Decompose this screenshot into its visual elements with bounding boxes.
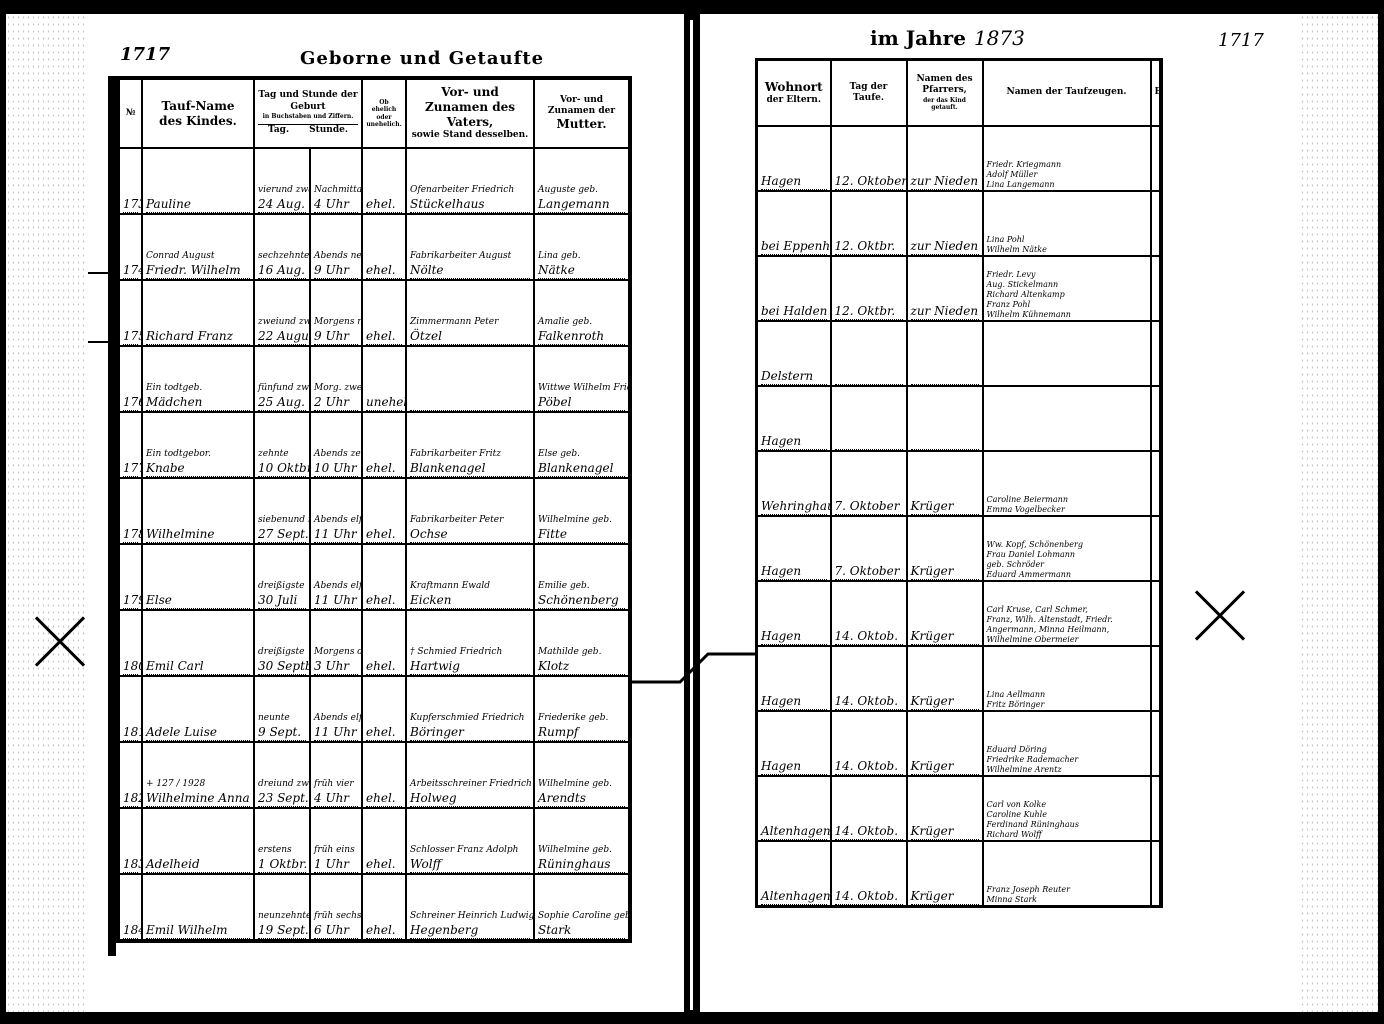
sponsor-names: Carl Kruse, Carl Schmer,Franz, Wilh. Alt… xyxy=(983,581,1151,646)
table-row: Wehringhausen7. OktoberKrügerCaroline Be… xyxy=(757,451,1161,516)
table-row: Altenhagen14. Oktob.KrügerFranz Joseph R… xyxy=(757,841,1161,907)
remarks xyxy=(1151,321,1161,386)
table-row: 174Conrad AugustFriedr. Wilhelmsechzehnt… xyxy=(118,214,630,280)
parents-residence: Hagen xyxy=(757,711,831,776)
birth-day: dreißigste30 Juli xyxy=(254,544,310,610)
sponsor-names: Franz Joseph ReuterMinna Stark xyxy=(983,841,1151,907)
entry-number: 179 xyxy=(118,544,142,610)
cross-mark-left-margin xyxy=(32,614,88,670)
col-header-birth-date: Tag und Stunde der Geburt in Buchstaben … xyxy=(254,78,362,148)
sponsor: Minna Stark xyxy=(987,895,1147,905)
remarks xyxy=(1151,841,1161,907)
baptism-date: 14. Oktob. xyxy=(831,711,907,776)
sponsor: Fritz Böringer xyxy=(987,700,1147,710)
table-row: 175Richard Franzzweiund zwanzigste22 Aug… xyxy=(118,280,630,346)
legitimacy: ehel. xyxy=(362,742,406,808)
sponsor: geb. Schröder xyxy=(987,560,1147,570)
child-name: Emil Carl xyxy=(142,610,254,676)
baptism-date xyxy=(831,386,907,451)
pastor-name: zur Nieden xyxy=(907,126,983,191)
table-row: bei Eppenhausen12. Oktbr.zur NiedenLina … xyxy=(757,191,1161,256)
birth-hour: früh vier4 Uhr xyxy=(310,742,362,808)
baptism-register-table: Wohnortder Eltern. Tag der Taufe. Namen … xyxy=(755,58,1163,908)
father-name: Zimmermann PeterÖtzel xyxy=(406,280,534,346)
sponsor: Friedrike Rademacher xyxy=(987,755,1147,765)
sponsor-names: Lina PohlWilhelm Nätke xyxy=(983,191,1151,256)
legitimacy: ehel. xyxy=(362,808,406,874)
table-row: Hagen14. Oktob.KrügerCarl Kruse, Carl Sc… xyxy=(757,581,1161,646)
table-row: 179Elsedreißigste30 JuliAbends elf11 Uhr… xyxy=(118,544,630,610)
parents-residence: bei Eppenhausen xyxy=(757,191,831,256)
right-page-number: 1717 xyxy=(1218,30,1264,51)
table-row: 180Emil Carldreißigste30 Septbr.Morgens … xyxy=(118,610,630,676)
entry-number: 177 xyxy=(118,412,142,478)
sponsor: Aug. Stickelmann xyxy=(987,280,1147,290)
sponsor: Franz, Wilh. Altenstadt, Friedr. xyxy=(987,615,1147,625)
remarks xyxy=(1151,711,1161,776)
father-name: Kraftmann EwaldEicken xyxy=(406,544,534,610)
table-row: 178Wilhelminesiebenund zwanzigste27 Sept… xyxy=(118,478,630,544)
col-header-number: № xyxy=(118,78,142,148)
mother-name: Wilhelmine geb.Arendts xyxy=(534,742,630,808)
legitimacy: ehel. xyxy=(362,412,406,478)
birth-day: vierund zwanzigste24 Aug. xyxy=(254,148,310,214)
sponsor-names: Caroline BeiermannEmma Vogelbecker xyxy=(983,451,1151,516)
remarks xyxy=(1151,516,1161,581)
table-row: 182+ 127 / 1928Wilhelmine Annadreiund zw… xyxy=(118,742,630,808)
row-marker-174 xyxy=(88,272,114,274)
remarks xyxy=(1151,256,1161,321)
baptism-date: 12. Oktober xyxy=(831,126,907,191)
remarks xyxy=(1151,646,1161,711)
sponsor: Carl von Kolke xyxy=(987,800,1147,810)
legitimacy: unehel. xyxy=(362,346,406,412)
entry-number: 184 xyxy=(118,874,142,941)
sponsor: Wilhelm Nätke xyxy=(987,245,1147,255)
table-row: Hagen14. Oktob.KrügerLina AellmannFritz … xyxy=(757,646,1161,711)
child-name: Conrad AugustFriedr. Wilhelm xyxy=(142,214,254,280)
col-header-legitimacy: Ob ehelich oder unehelich. xyxy=(362,78,406,148)
sponsor: Friedr. Levy xyxy=(987,270,1147,280)
remarks xyxy=(1151,451,1161,516)
gutter-edge xyxy=(690,20,693,1010)
legitimacy: ehel. xyxy=(362,676,406,742)
sponsor-names: Lina AellmannFritz Böringer xyxy=(983,646,1151,711)
parents-residence: Hagen xyxy=(757,386,831,451)
birth-day: erstens1 Oktbr. xyxy=(254,808,310,874)
mother-name: Auguste geb.Langemann xyxy=(534,148,630,214)
mother-name: Amalie geb.Falkenroth xyxy=(534,280,630,346)
table-row: 181Adele Luiseneunte9 Sept.Abends elf11 … xyxy=(118,676,630,742)
sponsor: Adolf Müller xyxy=(987,170,1147,180)
child-name: Adelheid xyxy=(142,808,254,874)
birth-hour: Morg. zwei2 Uhr xyxy=(310,346,362,412)
sponsor: Eduard Ammermann xyxy=(987,570,1147,580)
sponsor-names: Carl von KolkeCaroline KuhleFerdinand Rü… xyxy=(983,776,1151,841)
pastor-name: Krüger xyxy=(907,581,983,646)
mother-name: Mathilde geb.Klotz xyxy=(534,610,630,676)
baptism-date xyxy=(831,321,907,386)
birth-day: sechzehnte16 Aug. xyxy=(254,214,310,280)
father-name: Schreiner Heinrich LudwigHegenberg xyxy=(406,874,534,941)
table-row: Hagen xyxy=(757,386,1161,451)
father-name: Schlosser Franz AdolphWolff xyxy=(406,808,534,874)
father-name: Fabrikarbeiter FritzBlankenagel xyxy=(406,412,534,478)
sponsor: Ferdinand Rüninghaus xyxy=(987,820,1147,830)
left-page-binding-edge xyxy=(108,76,116,956)
sponsor-names: Friedr. LevyAug. StickelmannRichard Alte… xyxy=(983,256,1151,321)
birth-register-table: № Tauf-Namedes Kindes. Tag und Stunde de… xyxy=(116,76,632,943)
cross-mark-remarks xyxy=(1192,588,1238,634)
sponsor: Wilhelmine Obermeier xyxy=(987,635,1147,645)
pastor-name xyxy=(907,386,983,451)
col-header-baptism-date: Tag der Taufe. xyxy=(831,60,907,126)
sponsor-names: Friedr. KriegmannAdolf MüllerLina Langem… xyxy=(983,126,1151,191)
remarks xyxy=(1151,581,1161,646)
sponsor: Emma Vogelbecker xyxy=(987,505,1147,515)
birth-day: dreißigste30 Septbr. xyxy=(254,610,310,676)
remarks xyxy=(1151,386,1161,451)
mother-name: Lina geb.Nätke xyxy=(534,214,630,280)
sponsor: Ww. Kopf, Schönenberg xyxy=(987,540,1147,550)
legitimacy: ehel. xyxy=(362,874,406,941)
birth-day: dreiund zwanzigste23 Sept. xyxy=(254,742,310,808)
sponsor: Friedr. Kriegmann xyxy=(987,160,1147,170)
parents-residence: Altenhagen xyxy=(757,776,831,841)
birth-day: zweiund zwanzigste22 August xyxy=(254,280,310,346)
birth-hour: Morgens neun9 Uhr xyxy=(310,280,362,346)
table-row: 173Paulinevierund zwanzigste24 Aug.Nachm… xyxy=(118,148,630,214)
pastor-name: Krüger xyxy=(907,451,983,516)
pastor-name: Krüger xyxy=(907,646,983,711)
table-row: Altenhagen14. Oktob.KrügerCarl von Kolke… xyxy=(757,776,1161,841)
parents-residence: Hagen xyxy=(757,581,831,646)
parents-residence: bei Halden xyxy=(757,256,831,321)
sponsor: Carl Kruse, Carl Schmer, xyxy=(987,605,1147,615)
mother-name: Sophie Caroline geb.Stark xyxy=(534,874,630,941)
legitimacy: ehel. xyxy=(362,478,406,544)
pastor-name: Krüger xyxy=(907,516,983,581)
sponsor: Caroline Beiermann xyxy=(987,495,1147,505)
child-name: Pauline xyxy=(142,148,254,214)
birth-hour: früh eins1 Uhr xyxy=(310,808,362,874)
left-page-title: Geborne und Getaufte xyxy=(300,48,544,69)
sponsor: Lina Pohl xyxy=(987,235,1147,245)
pastor-name xyxy=(907,321,983,386)
mother-name: Wilhelmine geb.Fitte xyxy=(534,478,630,544)
col-header-mother: Vor- und Zunamen derMutter. xyxy=(534,78,630,148)
parents-residence: Hagen xyxy=(757,516,831,581)
father-name: Fabrikarbeiter AugustNölte xyxy=(406,214,534,280)
entry-number: 174 xyxy=(118,214,142,280)
sponsor: Wilhelm Kühnemann xyxy=(987,310,1147,320)
child-name: Wilhelmine xyxy=(142,478,254,544)
birth-hour: Abends elf11 Uhr xyxy=(310,676,362,742)
father-name xyxy=(406,346,534,412)
sponsor-names: Eduard DöringFriedrike RademacherWilhelm… xyxy=(983,711,1151,776)
child-name: Adele Luise xyxy=(142,676,254,742)
table-row: Hagen14. Oktob.KrügerEduard DöringFriedr… xyxy=(757,711,1161,776)
table-row: Hagen7. OktoberKrügerWw. Kopf, Schönenbe… xyxy=(757,516,1161,581)
father-name: † Schmied FriedrichHartwig xyxy=(406,610,534,676)
birth-hour: Abends elf11 Uhr xyxy=(310,478,362,544)
sponsor: Lina Langemann xyxy=(987,180,1147,190)
birth-hour: Abends elf11 Uhr xyxy=(310,544,362,610)
birth-hour: Abends zehn10 Uhr xyxy=(310,412,362,478)
mother-name: Emilie geb.Schönenberg xyxy=(534,544,630,610)
baptism-date: 14. Oktob. xyxy=(831,841,907,907)
baptism-date: 14. Oktob. xyxy=(831,776,907,841)
child-name: Emil Wilhelm xyxy=(142,874,254,941)
entry-number: 182 xyxy=(118,742,142,808)
entry-number: 183 xyxy=(118,808,142,874)
legitimacy: ehel. xyxy=(362,214,406,280)
baptism-date: 7. Oktober xyxy=(831,516,907,581)
legitimacy: ehel. xyxy=(362,280,406,346)
parents-residence: Altenhagen xyxy=(757,841,831,907)
sponsor: Richard Altenkamp xyxy=(987,290,1147,300)
sponsor: Franz Joseph Reuter xyxy=(987,885,1147,895)
sponsor-names: Ww. Kopf, SchönenbergFrau Daniel Lohmann… xyxy=(983,516,1151,581)
sponsor-names xyxy=(983,321,1151,386)
father-name: Fabrikarbeiter PeterOchse xyxy=(406,478,534,544)
register-year: 1873 xyxy=(974,26,1025,50)
birth-hour: Nachmittags vier4 Uhr xyxy=(310,148,362,214)
sponsor-names xyxy=(983,386,1151,451)
entry-number: 181 xyxy=(118,676,142,742)
col-header-father: Vor- und Zunamen des Vaters,sowie Stand … xyxy=(406,78,534,148)
sponsor: Caroline Kuhle xyxy=(987,810,1147,820)
baptism-date: 12. Oktbr. xyxy=(831,256,907,321)
father-name: Kupferschmied FriedrichBöringer xyxy=(406,676,534,742)
birth-day: siebenund zwanzigste27 Sept. xyxy=(254,478,310,544)
legitimacy: ehel. xyxy=(362,610,406,676)
mother-name: Friederike geb.Rumpf xyxy=(534,676,630,742)
row-marker-175 xyxy=(88,341,114,343)
sponsor: Frau Daniel Lohmann xyxy=(987,550,1147,560)
pastor-name: zur Nieden xyxy=(907,256,983,321)
table-row: 184Emil Wilhelmneunzehnte19 Sept.früh se… xyxy=(118,874,630,941)
sponsor: Wilhelmine Arentz xyxy=(987,765,1147,775)
entry-number: 178 xyxy=(118,478,142,544)
table-row: bei Halden12. Oktbr.zur NiedenFriedr. Le… xyxy=(757,256,1161,321)
baptism-date: 14. Oktob. xyxy=(831,581,907,646)
col-header-pastor: Namen des Pfarrers,der das Kind getauft. xyxy=(907,60,983,126)
sponsor: Eduard Döring xyxy=(987,745,1147,755)
remarks xyxy=(1151,776,1161,841)
birth-hour: früh sechs6 Uhr xyxy=(310,874,362,941)
sponsor: Lina Aellmann xyxy=(987,690,1147,700)
baptism-date: 14. Oktob. xyxy=(831,646,907,711)
sponsor: Richard Wolff xyxy=(987,830,1147,840)
table-row: 177Ein todtgebor.Knabezehnte10 Oktbr.Abe… xyxy=(118,412,630,478)
connecting-line xyxy=(628,640,768,690)
table-row: Hagen12. Oktoberzur NiedenFriedr. Kriegm… xyxy=(757,126,1161,191)
birth-day: neunzehnte19 Sept. xyxy=(254,874,310,941)
mother-name: Else geb.Blankenagel xyxy=(534,412,630,478)
pastor-name: zur Nieden xyxy=(907,191,983,256)
pastor-name: Krüger xyxy=(907,841,983,907)
parents-residence: Hagen xyxy=(757,126,831,191)
col-header-residence: Wohnortder Eltern. xyxy=(757,60,831,126)
child-name: + 127 / 1928Wilhelmine Anna xyxy=(142,742,254,808)
birth-hour: Morgens drei3 Uhr xyxy=(310,610,362,676)
remarks xyxy=(1151,191,1161,256)
left-page-number: 1717 xyxy=(120,44,170,65)
child-name: Ein todtgebor.Knabe xyxy=(142,412,254,478)
birth-day: neunte9 Sept. xyxy=(254,676,310,742)
table-row: 176Ein todtgeb.Mädchenfünfund zwanzigste… xyxy=(118,346,630,412)
sponsor: Franz Pohl xyxy=(987,300,1147,310)
right-page-title: im Jahre1873 xyxy=(870,26,1025,50)
sponsor: Angermann, Minna Heilmann, xyxy=(987,625,1147,635)
baptism-date: 7. Oktober xyxy=(831,451,907,516)
pastor-name: Krüger xyxy=(907,776,983,841)
col-header-remarks: Bemerkungen. xyxy=(1151,60,1161,126)
birth-hour: Abends neun9 Uhr xyxy=(310,214,362,280)
entry-number: 176 xyxy=(118,346,142,412)
father-name: Arbeitsschreiner FriedrichHolweg xyxy=(406,742,534,808)
birth-day: zehnte10 Oktbr. xyxy=(254,412,310,478)
parents-residence: Delstern xyxy=(757,321,831,386)
entry-number: 175 xyxy=(118,280,142,346)
legitimacy: ehel. xyxy=(362,544,406,610)
child-name: Richard Franz xyxy=(142,280,254,346)
mother-name: Wittwe Wilhelm Friedr. MariaPöbel xyxy=(534,346,630,412)
legitimacy: ehel. xyxy=(362,148,406,214)
entry-number: 180 xyxy=(118,610,142,676)
mother-name: Wilhelmine geb.Rüninghaus xyxy=(534,808,630,874)
table-row: 183Adelheiderstens1 Oktbr.früh eins1 Uhr… xyxy=(118,808,630,874)
entry-number: 173 xyxy=(118,148,142,214)
child-name: Else xyxy=(142,544,254,610)
baptism-date: 12. Oktbr. xyxy=(831,191,907,256)
child-name: Ein todtgeb.Mädchen xyxy=(142,346,254,412)
birth-day: fünfund zwanzigste25 Aug. xyxy=(254,346,310,412)
col-header-sponsors: Namen der Taufzeugen. xyxy=(983,60,1151,126)
table-row: Delstern xyxy=(757,321,1161,386)
parents-residence: Wehringhausen xyxy=(757,451,831,516)
pastor-name: Krüger xyxy=(907,711,983,776)
father-name: Ofenarbeiter FriedrichStückelhaus xyxy=(406,148,534,214)
title-label: im Jahre xyxy=(870,26,966,50)
col-header-child-name: Tauf-Namedes Kindes. xyxy=(142,78,254,148)
remarks xyxy=(1151,126,1161,191)
